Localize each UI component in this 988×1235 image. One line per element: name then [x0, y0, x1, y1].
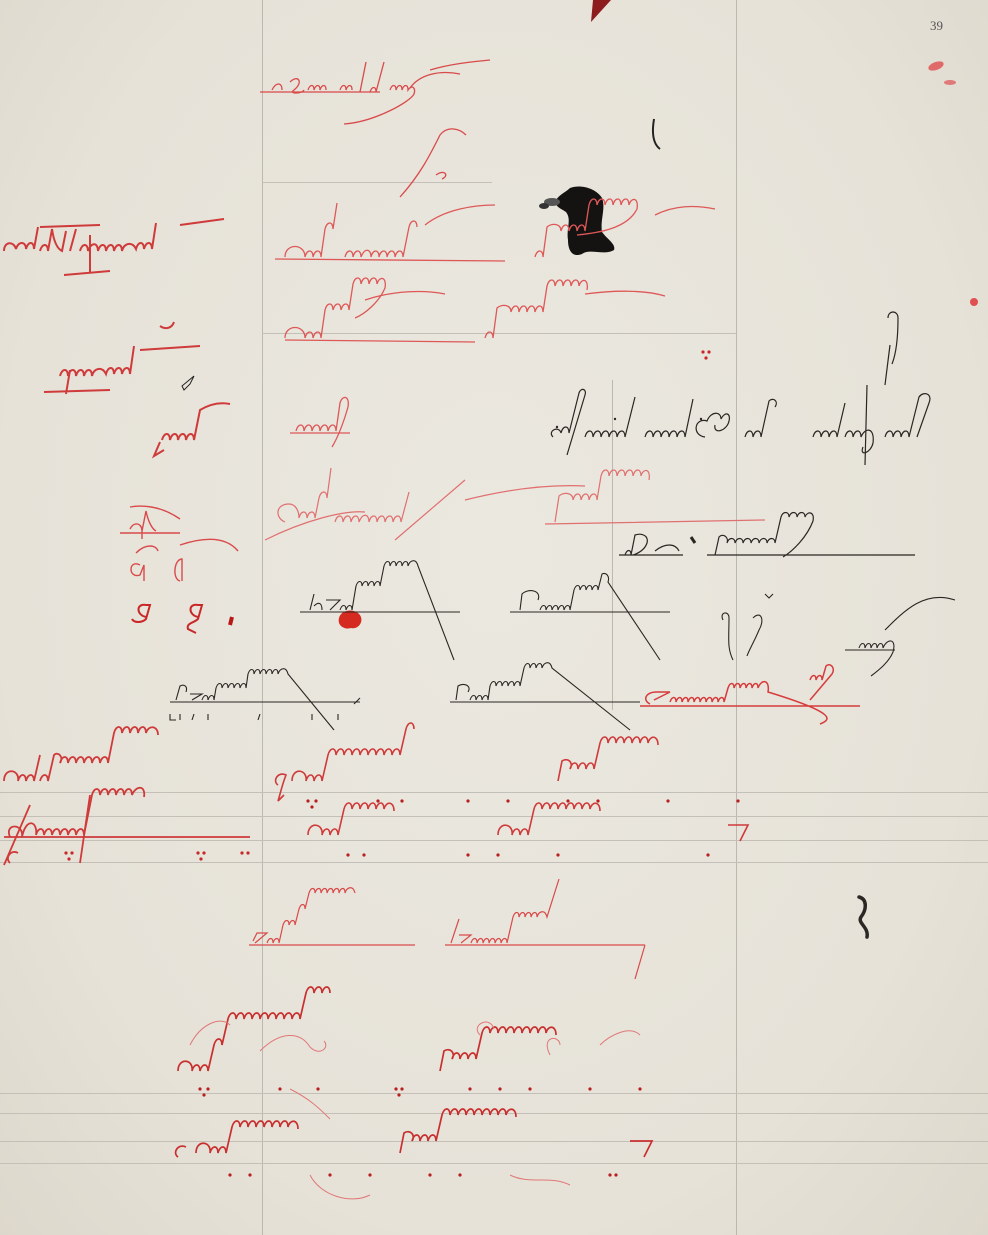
- script-line-red-center-3: [290, 395, 410, 465]
- red-ink-stroke: [585, 0, 615, 26]
- script-line-red-left-3: [150, 400, 240, 460]
- script-line-red-bottom-block: [170, 1025, 680, 1205]
- page-number: 39: [930, 18, 943, 34]
- script-line-red-center-1: [275, 205, 755, 285]
- script-line-red-center-block-1: [268, 745, 758, 870]
- script-line-red-center-2: [285, 290, 745, 370]
- squiggle-mark: [855, 895, 875, 945]
- script-line-red-center-7: [245, 905, 665, 980]
- script-line-red-right-6: [640, 660, 870, 730]
- script-line-black-center-5: [300, 570, 660, 665]
- black-stroke-mark: [884, 308, 904, 368]
- script-line-red-left-1: [0, 215, 230, 285]
- red-stain: [944, 80, 956, 85]
- script-line-black-center-6: [160, 670, 680, 730]
- red-stain: [970, 298, 978, 306]
- script-line-red-letter-forms: [120, 505, 240, 635]
- script-line-red-title-top: [260, 60, 520, 120]
- script-line-red-left-block-1: [0, 745, 250, 870]
- black-stroke-mark: [648, 115, 668, 155]
- manuscript-page: 39: [0, 0, 988, 1235]
- script-line-red-single-glyph: [400, 125, 480, 200]
- red-stain: [927, 60, 945, 73]
- script-line-red-left-2: [40, 310, 210, 400]
- script-line-black-right-1: [545, 385, 965, 475]
